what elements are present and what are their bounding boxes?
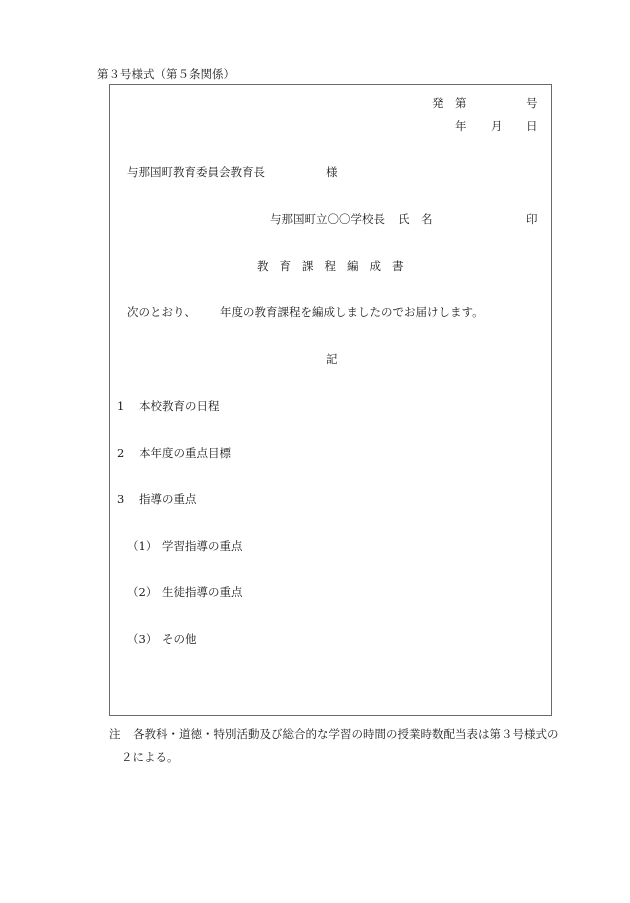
number-suffix: 号	[526, 96, 538, 110]
body-text: 年度の教育課程を編成しましたのでお届けします。	[220, 305, 484, 319]
item-label: 指導の重点	[139, 492, 197, 506]
body-lead: 次のとおり、	[127, 305, 196, 319]
sender-name-label: 氏 名	[398, 212, 433, 226]
form-label: 第３号様式（第５条関係）	[97, 67, 235, 81]
day-label: 日	[526, 119, 538, 133]
item-number: 1	[117, 399, 124, 413]
item-label: 本年度の重点目標	[139, 446, 231, 460]
note-line-1: 各教科・道徳・特別活動及び総合的な学習の時間の授業時数配当表は第３号様式の	[133, 727, 559, 741]
item-number: 2	[117, 446, 124, 460]
addressee-honorific: 様	[326, 165, 338, 179]
year-label: 年	[455, 119, 467, 133]
subitem-number: （3）	[127, 632, 157, 646]
item-label: 本校教育の日程	[139, 399, 220, 413]
subitem-label: 生徒指導の重点	[162, 585, 243, 599]
month-label: 月	[491, 119, 503, 133]
addressee-name: 与那国町教育委員会教育長	[127, 165, 265, 179]
note-line-2: ２による。	[121, 750, 179, 764]
subitem-label: 学習指導の重点	[162, 539, 243, 553]
document-title: 教育課程編成書	[257, 259, 415, 273]
number-label: 第	[455, 96, 467, 110]
subitem-number: （1）	[127, 539, 157, 553]
subitem-label: その他	[162, 632, 197, 646]
seal-mark: 印	[526, 212, 538, 226]
ki-heading: 記	[326, 352, 338, 366]
note-mark: 注	[109, 727, 121, 741]
sender-school: 与那国町立〇〇学校長	[270, 212, 385, 226]
issue-prefix: 発	[432, 96, 444, 110]
subitem-number: （2）	[127, 585, 157, 599]
item-number: 3	[117, 492, 124, 506]
